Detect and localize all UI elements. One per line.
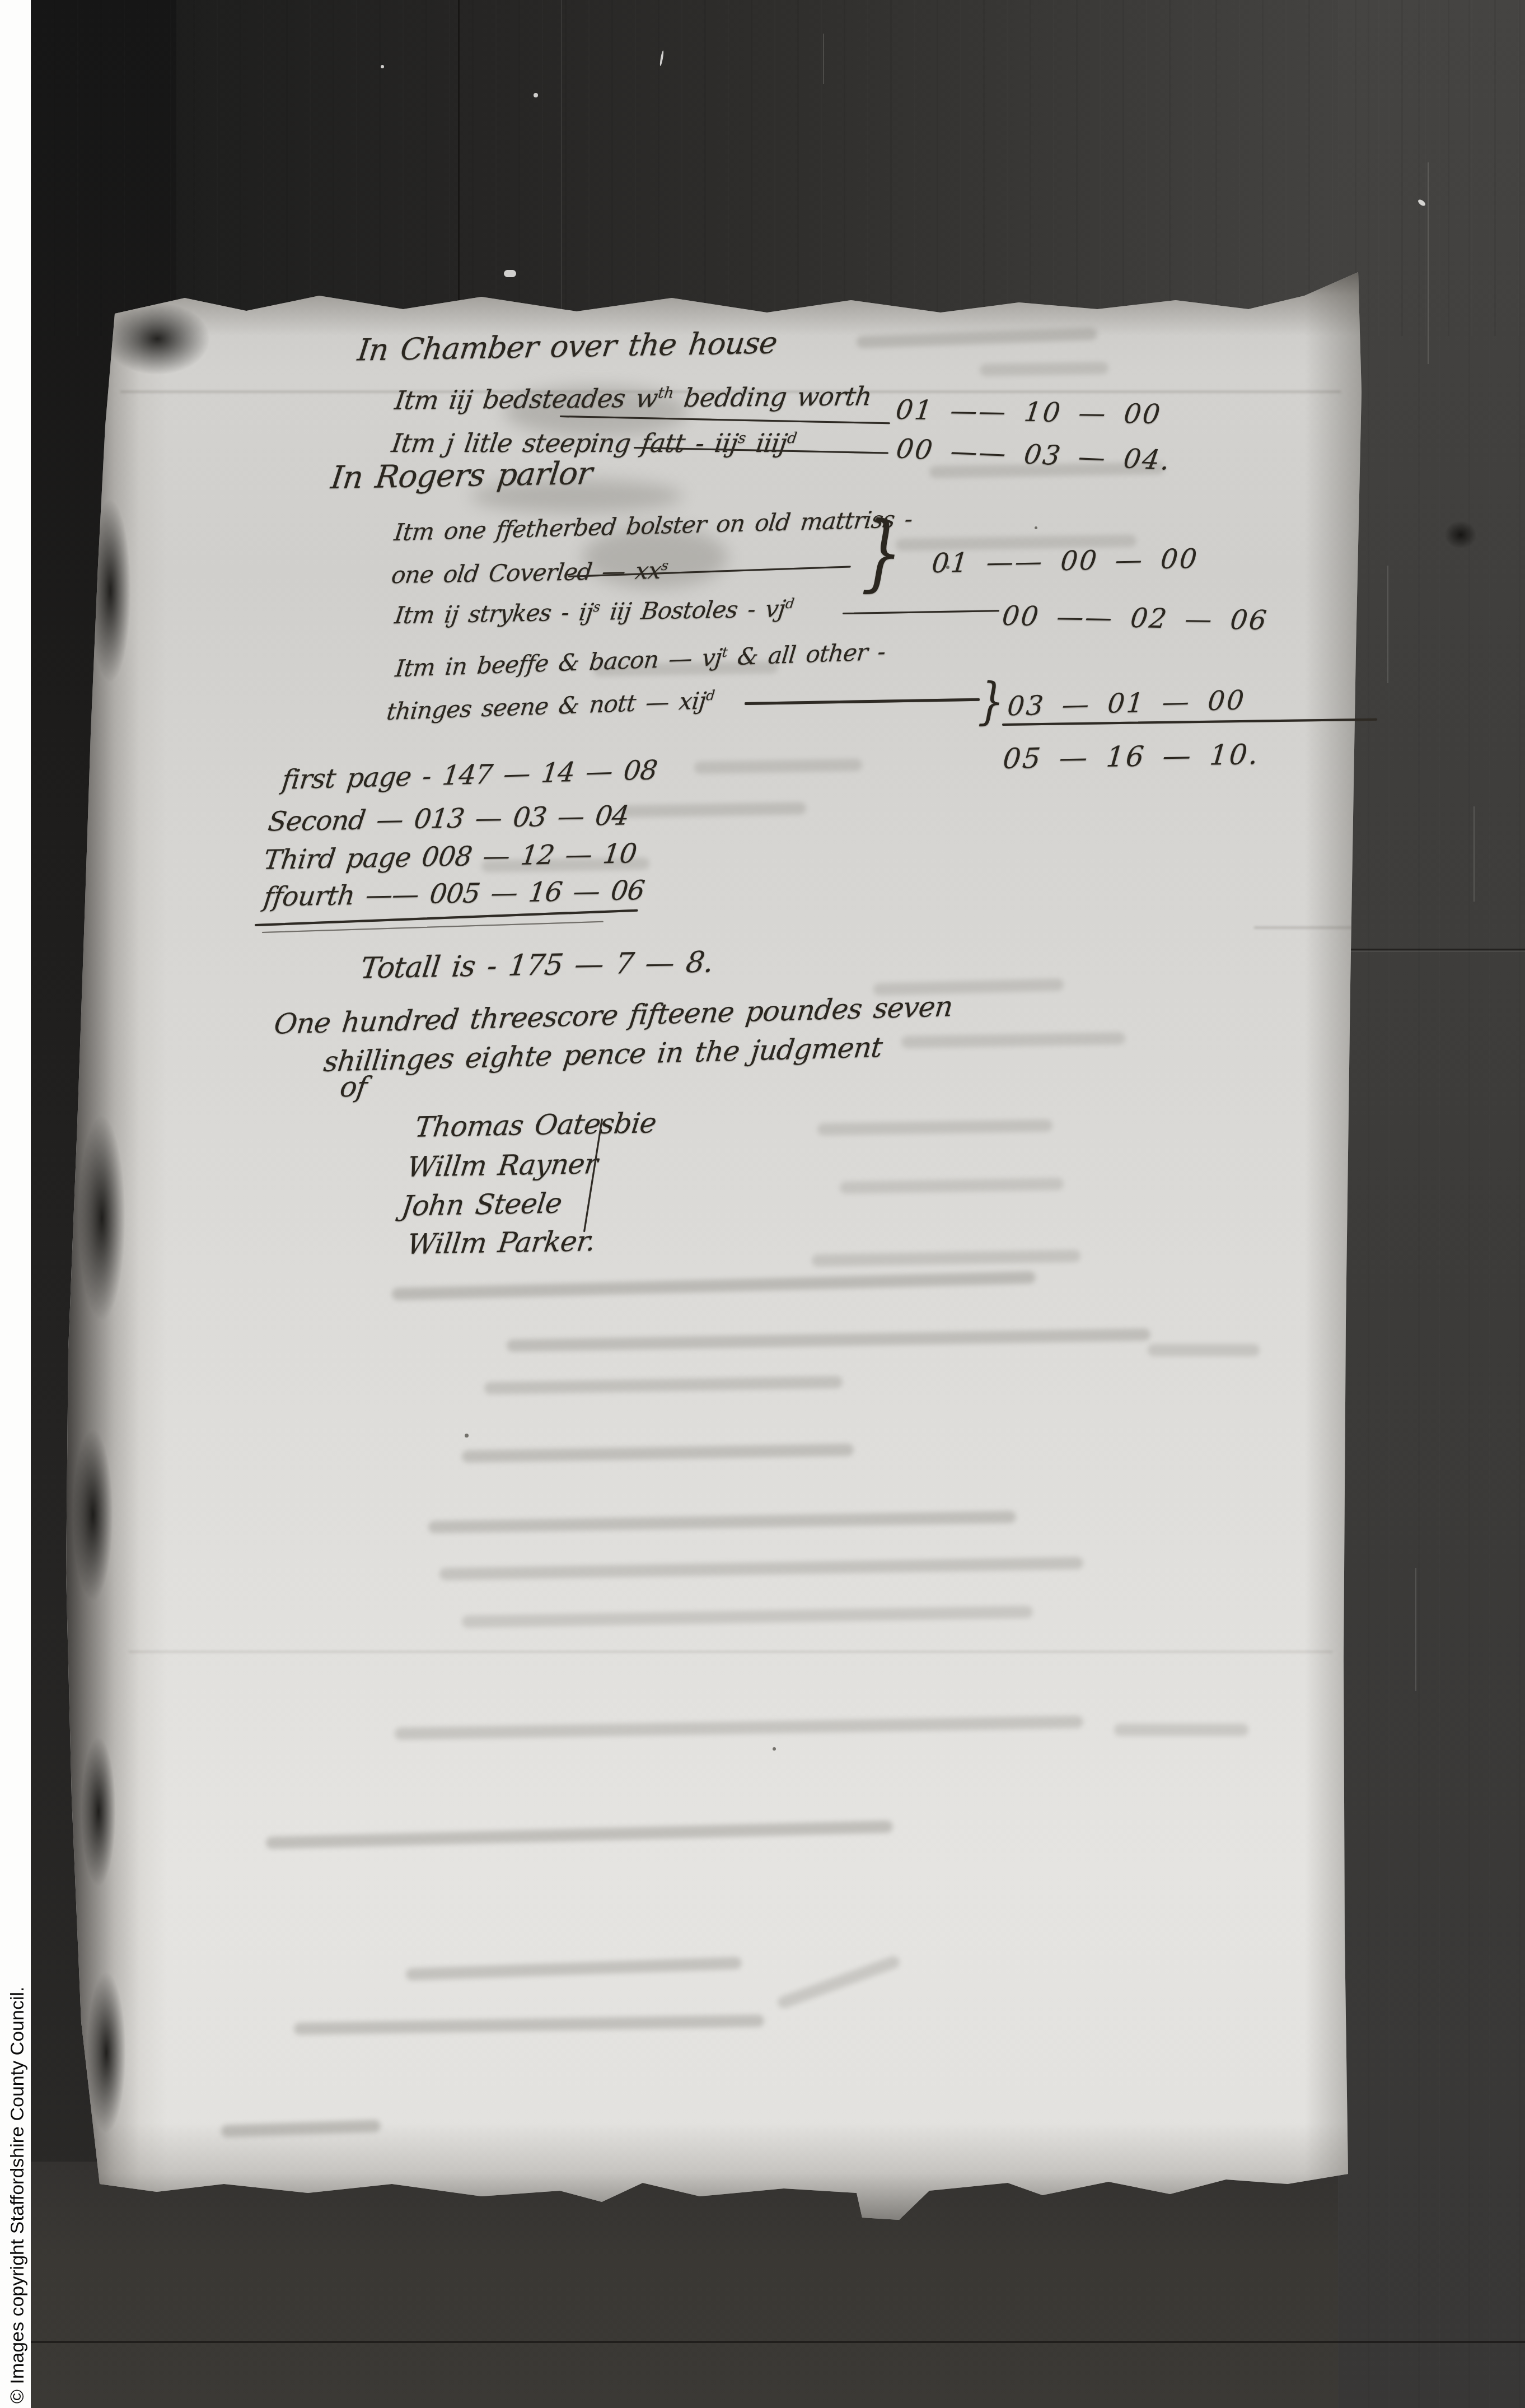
inventory-item-steeping-fatt: Itm j litle steeping fatt - iijs iiijd — [390, 430, 798, 456]
ink-bleedthrough — [1114, 1724, 1248, 1736]
appraiser-name: John Steele — [400, 1189, 563, 1220]
board-texture — [1338, 0, 1525, 2408]
total-third-page: Third page 008 — 12 — 10 — [262, 840, 638, 874]
board-seam — [1338, 951, 1525, 952]
total-in-words-line3: of — [338, 1073, 368, 1101]
ink-brace: } — [861, 510, 903, 595]
edge-blotch — [87, 1971, 126, 2134]
section-heading-parlor: In Rogers parlor — [329, 458, 594, 494]
board-scratch — [823, 34, 824, 84]
inventory-item-coverlet: one old Coverled — xxs — [390, 559, 670, 587]
archival-photograph: In Chamber over the house Itm iij bedste… — [0, 0, 1525, 2408]
board-scratch — [1428, 162, 1429, 364]
appraiser-name: Thomas Oatesbie — [413, 1109, 657, 1141]
page-subtotal: 05 — 16 — 10. — [1002, 740, 1260, 773]
paper-crease — [1254, 927, 1358, 928]
inventory-item-bedsteads: Itm iij bedsteades wth bedding worth — [393, 383, 873, 413]
board-stain — [1444, 521, 1477, 549]
dust-speck — [504, 270, 516, 277]
ink-spot — [773, 1747, 776, 1751]
edge-blotch — [104, 302, 210, 375]
total-fourth-page: ffourth —— 005 — 16 — 06 — [262, 877, 645, 911]
item-amount: 01 —— 00 — 00 — [930, 545, 1199, 577]
dust-speck — [381, 65, 384, 68]
item-amount: 00 —— 02 — 06 — [1001, 603, 1270, 634]
total-second-page: Second — 013 — 03 — 04 — [266, 802, 630, 835]
copyright-text: © Images copyright Staffordshire County … — [7, 1866, 29, 2404]
ink-spot — [465, 1434, 469, 1438]
appraiser-name: Willm Parker. — [406, 1227, 597, 1258]
item-amount: 01 —— 10 — 00 — [895, 396, 1163, 428]
board-seam — [561, 0, 562, 336]
ink-brace: } — [977, 676, 1004, 727]
board-seam — [1338, 949, 1525, 950]
backing-board-bottom — [31, 2162, 1525, 2408]
board-seam — [458, 0, 460, 336]
board-scratch — [1387, 566, 1388, 683]
ink-bleedthrough — [980, 362, 1108, 376]
item-amount: 03 — 01 — 00 — [1007, 687, 1247, 720]
board-texture — [31, 0, 1525, 336]
edge-blotch — [78, 1114, 125, 1322]
paper-crease — [129, 1651, 1332, 1653]
inventory-item-strykes: Itm ij strykes - ijs iij Bostoles - vjd — [394, 597, 796, 627]
appraiser-name: Willm Rayner — [406, 1150, 599, 1181]
grand-total: Totall is - 175 — 7 — 8. — [359, 948, 714, 983]
dust-speck — [534, 93, 538, 97]
board-scratch — [1415, 1568, 1416, 1691]
ink-bleedthrough — [1148, 1344, 1260, 1356]
ink-spot — [1035, 526, 1037, 529]
board-seam — [31, 2341, 1525, 2343]
board-scratch — [1473, 806, 1475, 902]
edge-blotch — [81, 1736, 116, 1887]
section-heading-chamber: In Chamber over the house — [356, 328, 779, 365]
edge-blotch — [73, 1428, 113, 1602]
